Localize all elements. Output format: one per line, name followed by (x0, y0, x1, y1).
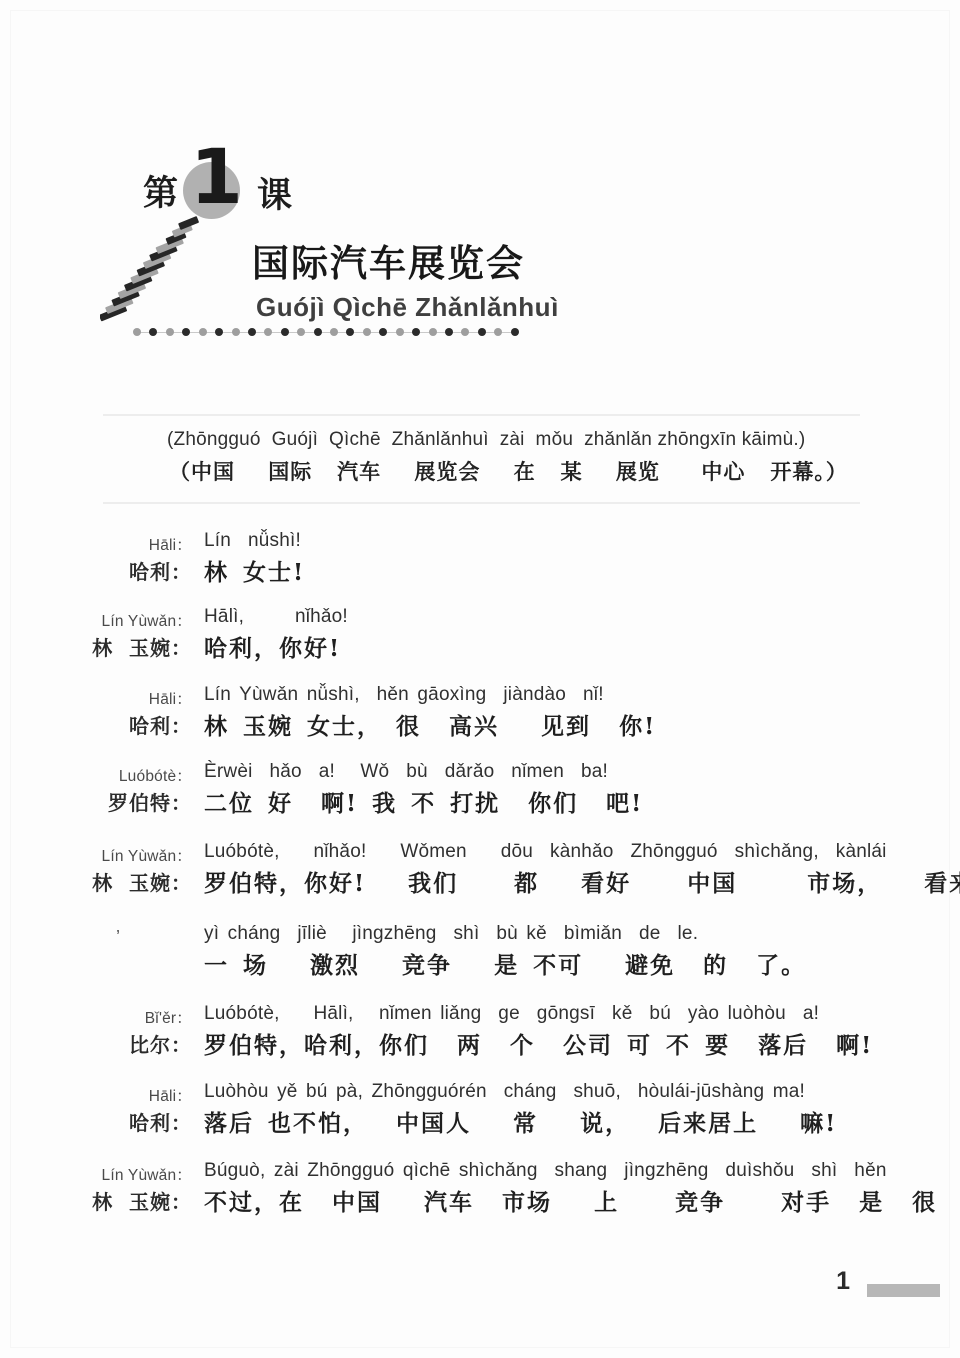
lesson-prefix-char: 第 (143, 176, 178, 211)
speaker-name-hanzi: 比尔： (24, 1029, 192, 1058)
dialogue-pinyin: Èrwèi hǎo a! Wǒ bù dǎrǎo nǐmen ba! (204, 761, 608, 783)
speaker-name-hanzi: 哈利： (24, 556, 192, 585)
scene-rule-bottom (103, 502, 860, 504)
dialogue-pinyin: Luóbótè, nǐhǎo! Wǒmen dōu kànhǎo Zhōnggu… (204, 841, 887, 863)
dialogue-pinyin: yì cháng jīliè jìngzhēng shì bù kě bìmiǎ… (204, 923, 698, 945)
dotted-divider (133, 327, 519, 337)
dialogue-row: Hāli： 哈利： Lín Yùwǎn nǚshì, hěn gāoxìng j… (0, 684, 960, 742)
diagonal-hatch-decoration (100, 213, 210, 325)
dialogue-hanzi: 林 女士! (204, 554, 305, 587)
speaker-name-pinyin: Luóbótè： (40, 764, 192, 786)
speaker-name-pinyin: Lín Yùwǎn： (40, 609, 192, 631)
dialogue-row: Lín Yùwǎn： 林 玉婉： Luóbótè, nǐhǎo! Wǒmen d… (0, 841, 960, 899)
dialogue-hanzi: 二位 好 啊! 我 不 打扰 你们 吧! (204, 785, 643, 818)
dialogue-row: Luóbótè： 罗伯特： Èrwèi hǎo a! Wǒ bù dǎrǎo n… (0, 761, 960, 819)
speaker-name-hanzi: 林 玉婉： (24, 1186, 192, 1215)
dialogue-hanzi: 林 玉婉 女士， 很 高兴 见到 你! (204, 708, 656, 741)
speaker-name-hanzi: 哈利： (24, 710, 192, 739)
speaker-name-hanzi: 林 玉婉： (24, 632, 192, 661)
dialogue-pinyin: Luòhòu yě bú pà, Zhōngguórén cháng shuō,… (204, 1081, 805, 1103)
speaker-name-hanzi: 林 玉婉： (24, 867, 192, 896)
lesson-title-hanzi: 国际汽车展览会 (252, 243, 525, 284)
speaker-name-pinyin: Lín Yùwǎn： (40, 1163, 192, 1185)
dialogue-hanzi: 罗伯特，哈利，你们 两 个 公司 可 不 要 落后 啊! (204, 1027, 873, 1060)
dialogue-hanzi: 罗伯特，你好! 我们 都 看好 中国 市场， 看来 (204, 865, 960, 898)
speaker-name-pinyin: Hāli： (40, 1084, 192, 1106)
page-number: 1 (820, 1267, 850, 1296)
speaker-name-pinyin: Lín Yùwǎn： (40, 844, 192, 866)
lesson-number: 1 (190, 139, 238, 215)
dialogue-row: Bǐ'ěr： 比尔： Luóbótè, Hālì, nǐmen liǎng ge… (0, 1003, 960, 1061)
dialogue-pinyin: Luóbótè, Hālì, nǐmen liǎng ge gōngsī kě … (204, 1003, 819, 1025)
dialogue-hanzi: 哈利，你好! (204, 630, 341, 663)
speaker-name-hanzi: 哈利： (24, 1107, 192, 1136)
dialogue-row: Lín Yùwǎn： 林 玉婉： Búguò, zài Zhōngguó qìc… (0, 1160, 960, 1218)
dialogue-pinyin: Búguò, zài Zhōngguó qìchē shìchǎng shang… (204, 1160, 887, 1182)
scene-rule-top (103, 414, 860, 416)
speaker-name-hanzi: 罗伯特： (24, 787, 192, 816)
scene-hanzi: （中国 国际 汽车 展览会 在 某 展览 中心 开幕。） (169, 456, 848, 486)
lesson-suffix-char: 课 (257, 178, 292, 213)
speaker-name-pinyin: Hāli： (40, 533, 192, 555)
dialogue-row: Hāli： 哈利： Luòhòu yě bú pà, Zhōngguórén c… (0, 1081, 960, 1139)
page-number-bar (867, 1284, 940, 1297)
dialogue-pinyin: Lín Yùwǎn nǚshì, hěn gāoxìng jiàndào nǐ! (204, 684, 604, 706)
lesson-title-pinyin: Guójì Qìchē Zhǎnlǎnhuì (256, 292, 559, 323)
dialogue-row: Hāli： 哈利： Lín nǚshì! 林 女士! (0, 530, 960, 588)
dialogue-hanzi: 不过，在 中国 汽车 市场 上 竞争 对手 是 很 (204, 1184, 937, 1217)
scene-pinyin: (Zhōngguó Guójì Qìchē Zhǎnlǎnhuì zài mǒu… (167, 429, 805, 451)
dialogue-row: Lín Yùwǎn： 林 玉婉： Hālì, nǐhǎo! 哈利，你好! (0, 606, 960, 664)
dialogue-row-continuation: yì cháng jīliè jìngzhēng shì bù kě bìmiǎ… (0, 923, 960, 981)
dialogue-hanzi: 一 场 激烈 竞争 是 不可 避免 的 了。 (204, 947, 806, 980)
dialogue-pinyin: Hālì, nǐhǎo! (204, 606, 348, 628)
speaker-name-pinyin: Bǐ'ěr： (40, 1006, 192, 1028)
speaker-name-pinyin: Hāli： (40, 687, 192, 709)
dialogue-pinyin: Lín nǚshì! (204, 530, 301, 552)
dialogue-hanzi: 落后 也不怕， 中国人 常 说， 后来居上 嘛! (204, 1105, 837, 1138)
